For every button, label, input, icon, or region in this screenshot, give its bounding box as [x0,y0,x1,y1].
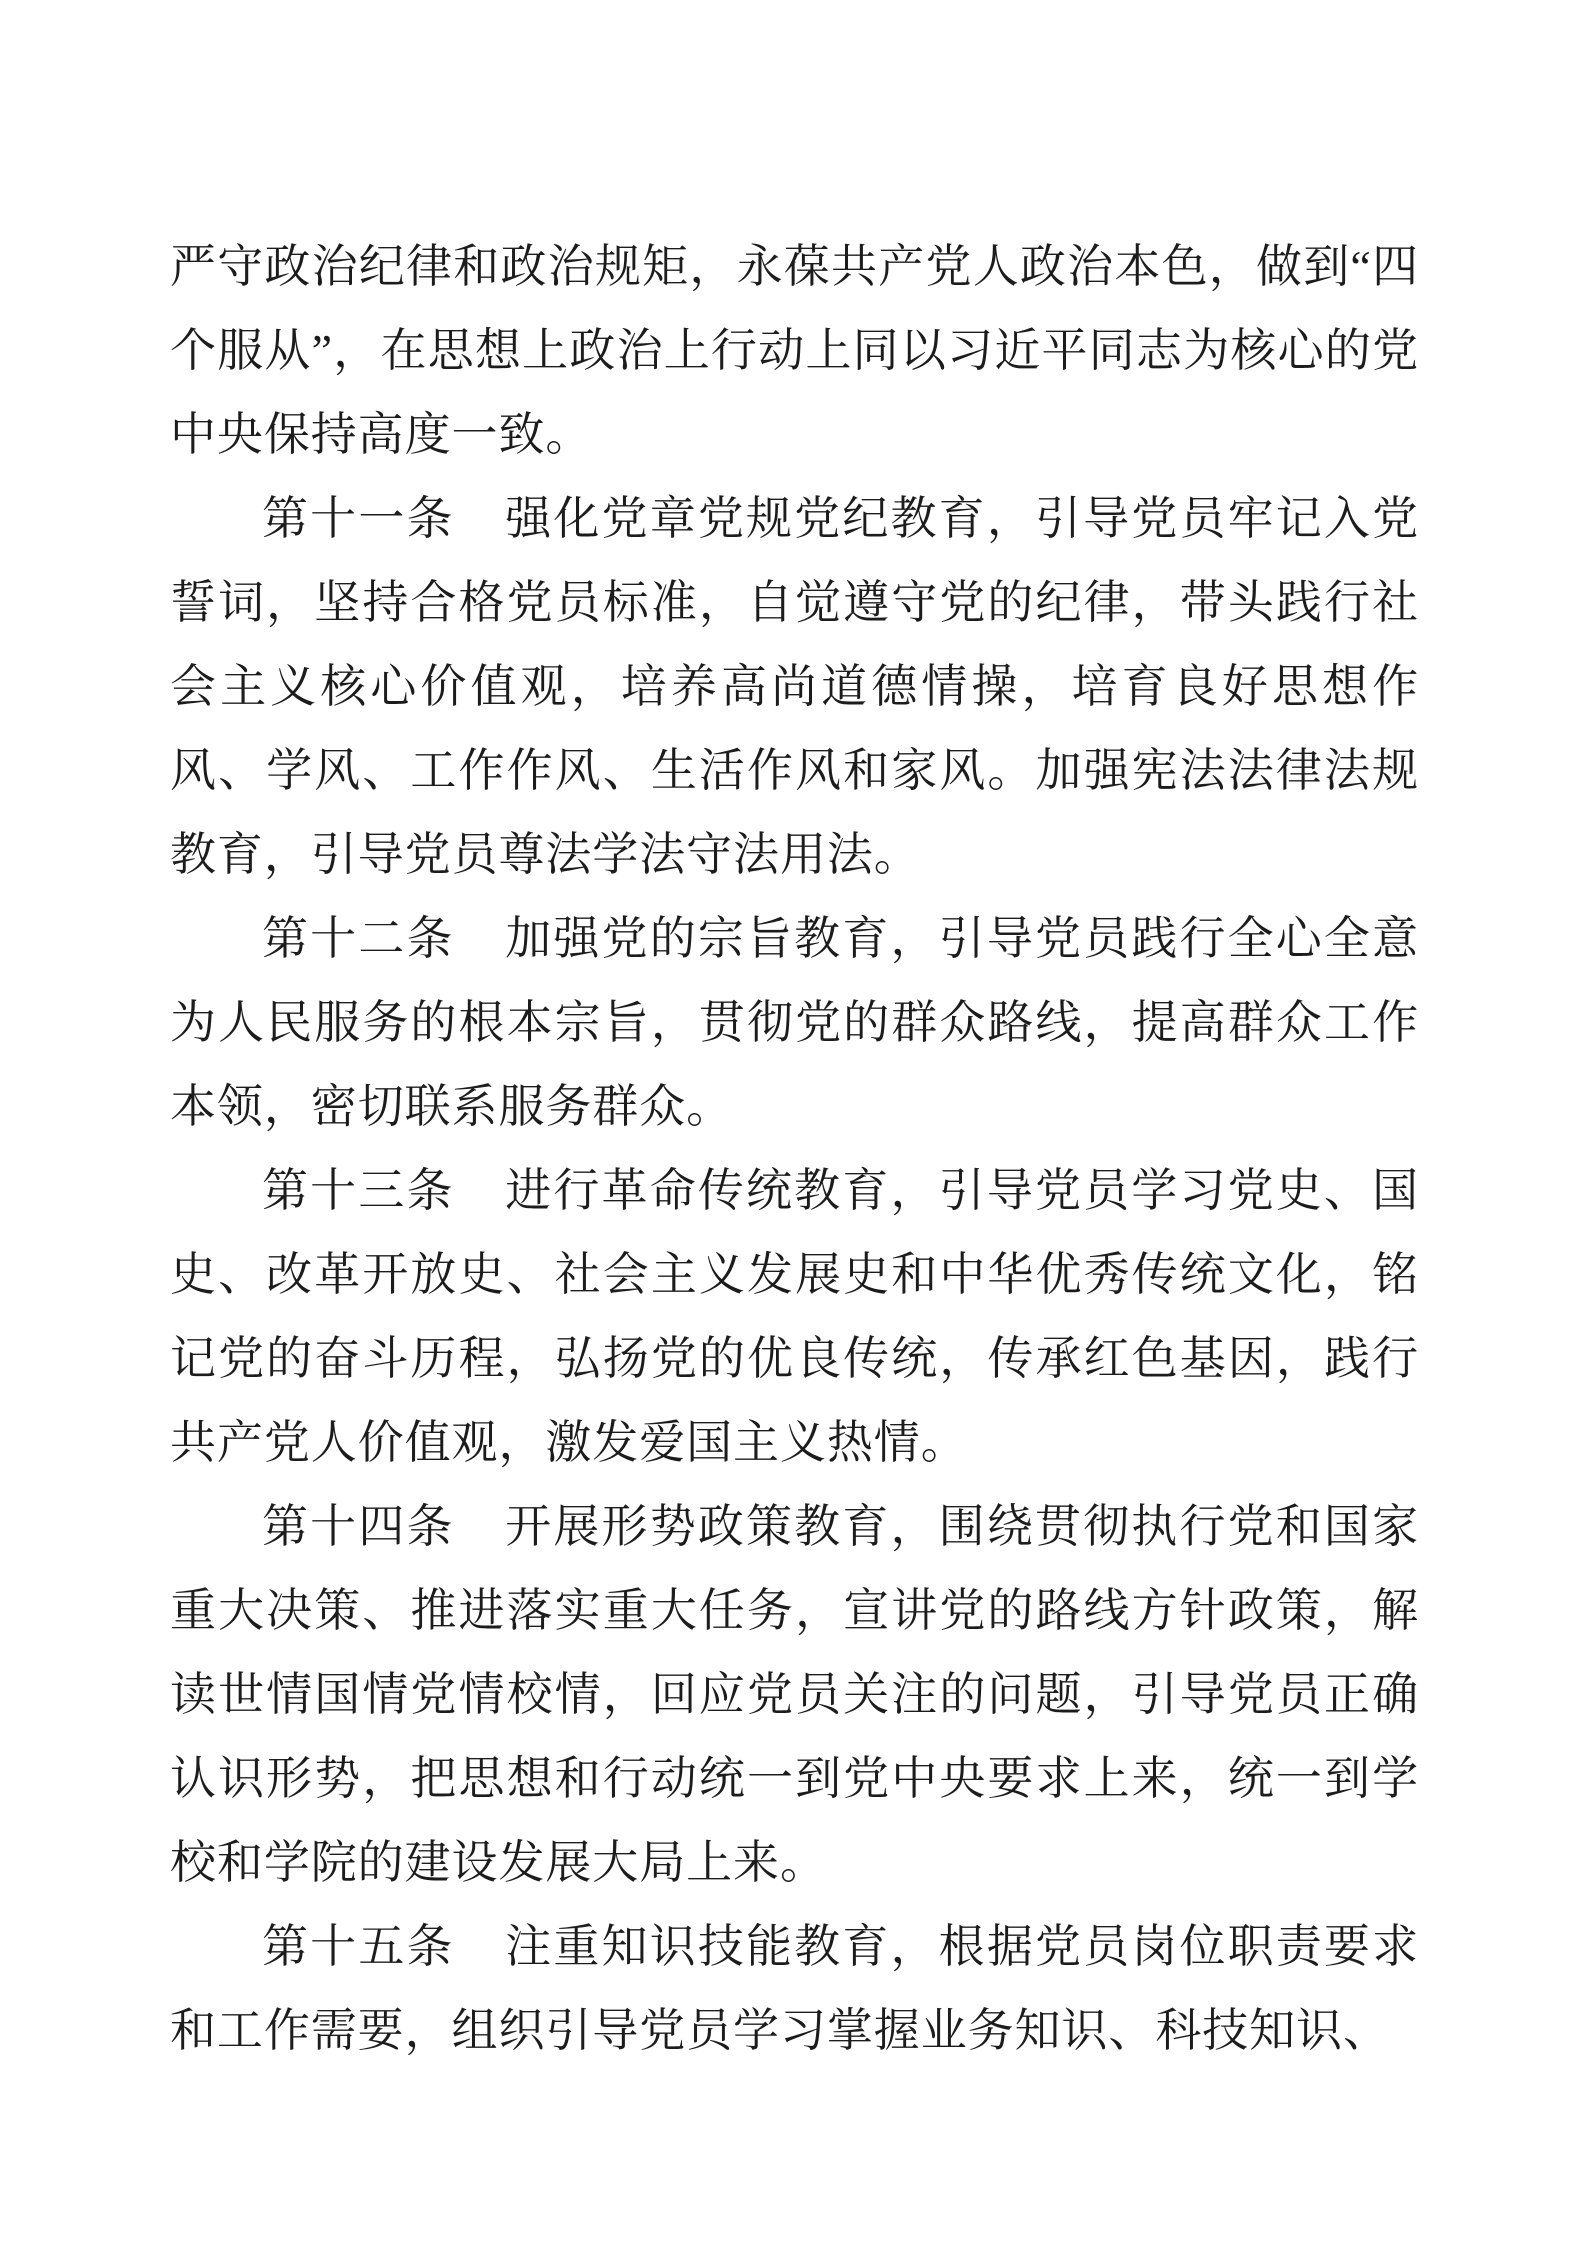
article-number: 第十四条 [262,1501,455,1552]
article-paragraph-14: 第十四条开展形势政策教育，围绕贯彻执行党和国家重大决策、推进落实重大任务，宣讲党… [170,1485,1419,1905]
document-page: 严守政治纪律和政治规矩，永葆共产党人政治本色，做到“四个服从”，在思想上政治上行… [0,0,1587,2245]
article-paragraph-13: 第十三条进行革命传统教育，引导党员学习党史、国史、改革开放史、社会主义发展史和中… [170,1149,1419,1485]
article-body-text: 强化党章党规党纪教育，引导党员牢记入党誓词，坚持合格党员标准，自觉遵守党的纪律，… [170,493,1419,880]
document-body: 严守政治纪律和政治规矩，永葆共产党人政治本色，做到“四个服从”，在思想上政治上行… [170,225,1419,2073]
article-paragraph-15: 第十五条注重知识技能教育，根据党员岗位职责要求和工作需要，组织引导党员学习掌握业… [170,1905,1419,2073]
article-paragraph-12: 第十二条加强党的宗旨教育，引导党员践行全心全意为人民服务的根本宗旨，贯彻党的群众… [170,897,1419,1149]
article-number: 第十二条 [262,913,455,964]
article-number: 第十五条 [262,1921,455,1972]
article-body-text: 开展形势政策教育，围绕贯彻执行党和国家重大决策、推进落实重大任务，宣讲党的路线方… [170,1501,1419,1888]
continuation-paragraph: 严守政治纪律和政治规矩，永葆共产党人政治本色，做到“四个服从”，在思想上政治上行… [170,225,1419,477]
article-paragraph-11: 第十一条强化党章党规党纪教育，引导党员牢记入党誓词，坚持合格党员标准，自觉遵守党… [170,477,1419,897]
article-number: 第十三条 [262,1165,455,1216]
paragraph-text: 严守政治纪律和政治规矩，永葆共产党人政治本色，做到“四个服从”，在思想上政治上行… [170,241,1419,460]
article-number: 第十一条 [262,493,455,544]
